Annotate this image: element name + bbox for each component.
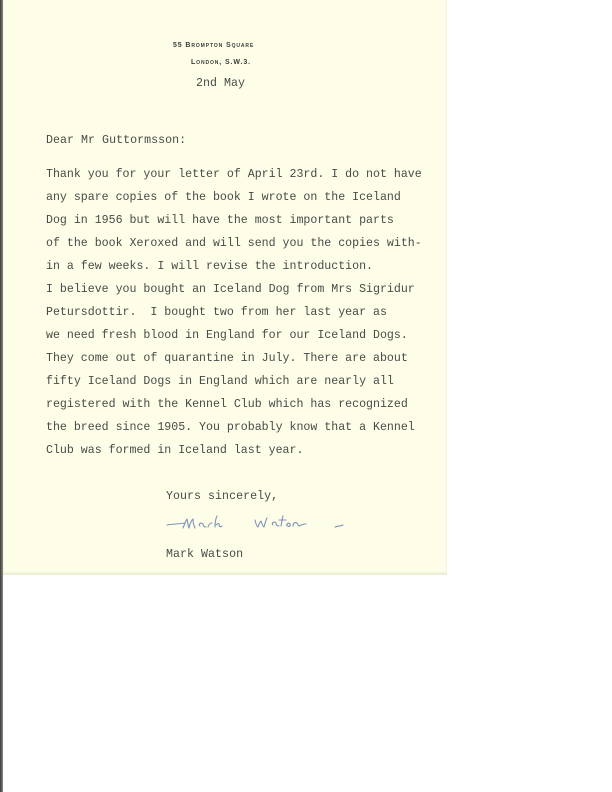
salutation: Dear Mr Guttormsson: bbox=[46, 134, 186, 147]
body-line: Club was formed in Iceland last year. bbox=[46, 443, 422, 466]
letterhead-street: 55 Brompton Square bbox=[173, 42, 254, 49]
body-line: of the book Xeroxed and will send you th… bbox=[46, 236, 422, 259]
letter-date: 2nd May bbox=[196, 77, 245, 90]
body-line: fifty Iceland Dogs in England which are … bbox=[46, 374, 422, 397]
body-line: Thank you for your letter of April 23rd.… bbox=[46, 167, 422, 190]
body-line: They come out of quarantine in July. The… bbox=[46, 351, 422, 374]
typed-signature-name: Mark Watson bbox=[166, 548, 243, 561]
body-line: registered with the Kennel Club which ha… bbox=[46, 397, 422, 420]
closing: Yours sincerely, bbox=[166, 490, 278, 503]
body-line: the breed since 1905. You probably know … bbox=[46, 420, 422, 443]
body-line: Petursdottir. I bought two from her last… bbox=[46, 305, 422, 328]
body-line: Dog in 1956 but will have the most impor… bbox=[46, 213, 422, 236]
body-line: in a few weeks. I will revise the introd… bbox=[46, 259, 422, 282]
handwritten-signature bbox=[163, 508, 353, 538]
body-line: any spare copies of the book I wrote on … bbox=[46, 190, 422, 213]
letterhead-city: London, S.W.3. bbox=[191, 59, 251, 66]
letter-body: Thank you for your letter of April 23rd.… bbox=[46, 167, 422, 466]
body-line: I believe you bought an Iceland Dog from… bbox=[46, 282, 422, 305]
body-line: we need fresh blood in England for our I… bbox=[46, 328, 422, 351]
